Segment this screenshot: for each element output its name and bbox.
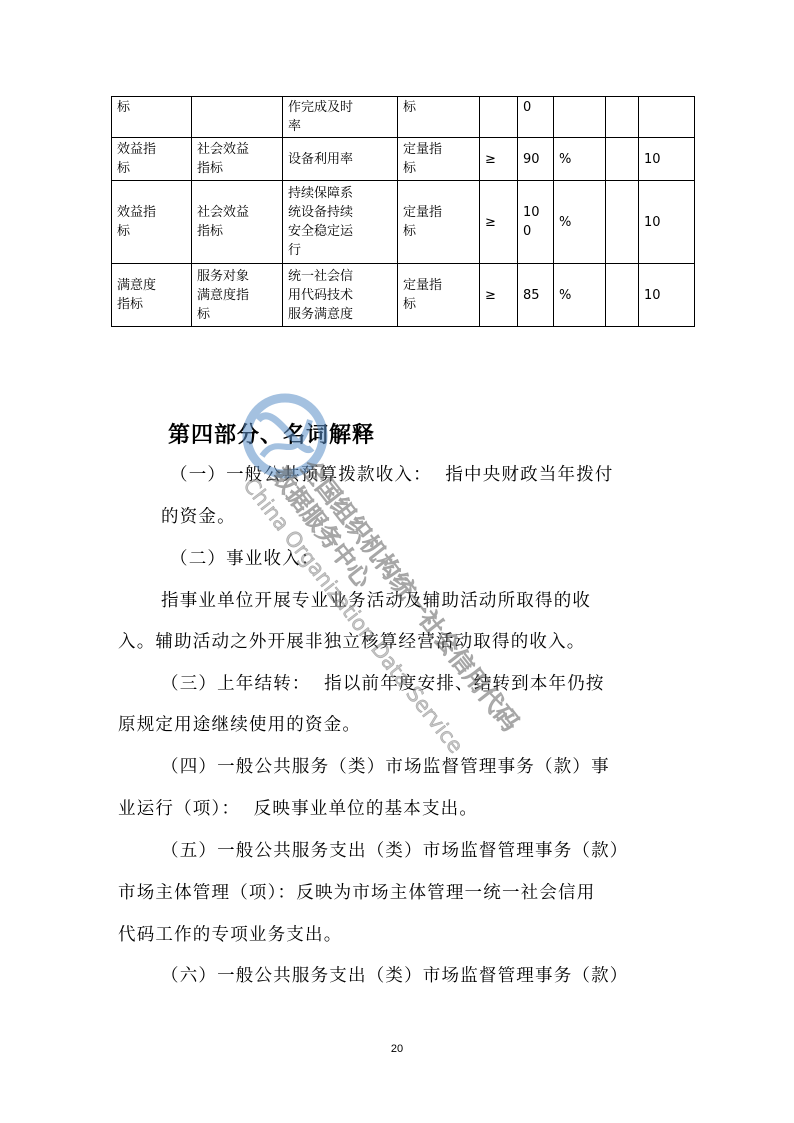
table-cell: 定量指 标 xyxy=(398,181,480,264)
definition-paragraph-2: （二）事业收入： xyxy=(170,549,320,569)
table-cell: 效益指 标 xyxy=(112,138,192,181)
definition-paragraph-3: （三）上年结转： 指以前年度安排、结转到本年仍按 xyxy=(161,674,605,694)
table-cell: 统一社会信 用代码技术 服务满意度 xyxy=(283,264,398,327)
table-cell xyxy=(606,181,639,264)
table-cell: 社会效益 指标 xyxy=(192,138,283,181)
table-cell xyxy=(639,97,695,138)
definition-paragraph-5-cont: 市场主体管理（项）：反映为市场主体管理一统一社会信用 xyxy=(118,883,595,903)
table-cell: 服务对象 满意度指 标 xyxy=(192,264,283,327)
table-cell: 标 xyxy=(112,97,192,138)
definition-paragraph-5-cont2: 代码工作的专项业务支出。 xyxy=(118,925,342,945)
table-cell: 标 xyxy=(398,97,480,138)
table-cell: 10 xyxy=(639,181,695,264)
table-cell xyxy=(606,138,639,181)
table-cell: 90 xyxy=(518,138,554,181)
definition-paragraph-1: （一）一般公共预算拨款收入： 指中央财政当年拨付 xyxy=(170,465,614,485)
definition-paragraph-1-cont: 的资金。 xyxy=(161,507,236,527)
definition-paragraph-3-cont: 原规定用途继续使用的资金。 xyxy=(118,715,361,735)
table-cell: 满意度 指标 xyxy=(112,264,192,327)
definition-paragraph-6: （六）一般公共服务支出（类）市场监督管理事务（款） xyxy=(161,966,629,986)
table-row: 效益指 标 社会效益 指标 持续保障系 统设备持续 安全稳定运 行 定量指 标 … xyxy=(112,181,695,264)
table-cell: 作完成及时 率 xyxy=(283,97,398,138)
table-cell: ≥ xyxy=(480,264,518,327)
table-cell: % xyxy=(554,138,606,181)
table-cell xyxy=(606,97,639,138)
table-cell xyxy=(554,97,606,138)
page-number: 20 xyxy=(0,1043,794,1055)
definition-paragraph-4-cont: 业运行（项）： 反映事业单位的基本支出。 xyxy=(118,799,478,819)
table-cell: 定量指 标 xyxy=(398,138,480,181)
table-cell: 0 xyxy=(518,97,554,138)
table-cell: 10 xyxy=(639,138,695,181)
table-cell: 持续保障系 统设备持续 安全稳定运 行 xyxy=(283,181,398,264)
table-cell: 10 xyxy=(639,264,695,327)
definition-paragraph-2-body: 指事业单位开展专业业务活动及辅助活动所取得的收 xyxy=(161,591,591,611)
table-cell: 效益指 标 xyxy=(112,181,192,264)
document-page: 标 作完成及时 率 标 0 效益指 标 社会效益 指标 设备利用率 定量指 标 … xyxy=(0,0,794,1123)
table-cell xyxy=(480,97,518,138)
definition-paragraph-2-cont: 入。辅助活动之外开展非独立核算经营活动取得的收入。 xyxy=(118,632,586,652)
table-cell: % xyxy=(554,264,606,327)
table-row: 标 作完成及时 率 标 0 xyxy=(112,97,695,138)
table-row: 满意度 指标 服务对象 满意度指 标 统一社会信 用代码技术 服务满意度 定量指… xyxy=(112,264,695,327)
definition-paragraph-5: （五）一般公共服务支出（类）市场监督管理事务（款） xyxy=(161,841,629,861)
table-row: 效益指 标 社会效益 指标 设备利用率 定量指 标 ≥ 90 % 10 xyxy=(112,138,695,181)
table-cell: 社会效益 指标 xyxy=(192,181,283,264)
table-cell: 85 xyxy=(518,264,554,327)
table-cell: % xyxy=(554,181,606,264)
definition-paragraph-4: （四）一般公共服务（类）市场监督管理事务（款）事 xyxy=(161,757,610,777)
section-heading: 第四部分、名词解释 xyxy=(168,418,375,449)
table-cell: ≥ xyxy=(480,138,518,181)
table-cell xyxy=(606,264,639,327)
table-cell: 设备利用率 xyxy=(283,138,398,181)
table-cell xyxy=(192,97,283,138)
table-cell: 10 0 xyxy=(518,181,554,264)
table-cell: 定量指 标 xyxy=(398,264,480,327)
table-cell: ≥ xyxy=(480,181,518,264)
performance-indicator-table: 标 作完成及时 率 标 0 效益指 标 社会效益 指标 设备利用率 定量指 标 … xyxy=(111,96,695,327)
